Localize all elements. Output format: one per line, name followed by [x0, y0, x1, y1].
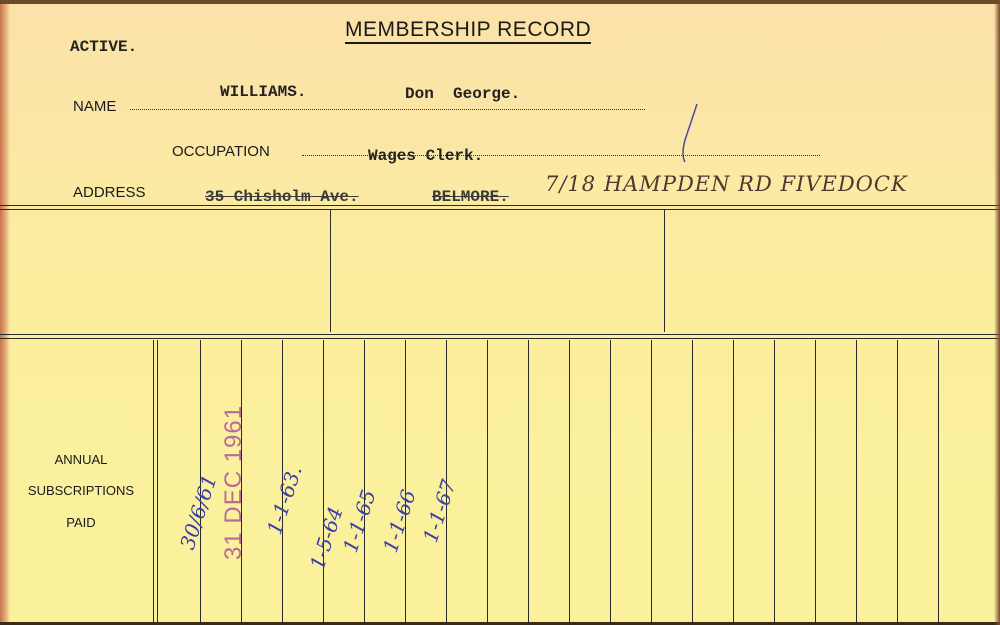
- membership-record-card: MEMBERSHIP RECORD ACTIVE. NAME WILLIAMS.…: [0, 0, 1000, 625]
- rule-upper-1: [0, 205, 1000, 206]
- subscription-entry: 1-1-67: [418, 477, 461, 546]
- subscription-entry: 1-1-66: [378, 487, 421, 556]
- grid-col-line: [938, 340, 939, 625]
- grid-col-line: [856, 340, 857, 625]
- grid-col-line: [405, 340, 406, 625]
- divider-upper-2: [664, 210, 665, 332]
- subscription-stamp: 31 DEC 1961: [220, 405, 248, 560]
- grid-col-line: [692, 340, 693, 625]
- grid-col-line: [651, 340, 652, 625]
- occupation-value: Wages Clerk.: [368, 147, 483, 165]
- grid-col-line: [323, 340, 324, 625]
- occupation-label: OCCUPATION: [172, 143, 270, 160]
- grid-col-line: [364, 340, 365, 625]
- grid-col-line: [528, 340, 529, 625]
- subscriptions-label-paid: PAID: [6, 515, 156, 530]
- address-label: ADDRESS: [73, 184, 146, 201]
- rule-middle-1: [0, 334, 1000, 335]
- status-active: ACTIVE.: [70, 38, 137, 56]
- card-title: MEMBERSHIP RECORD: [345, 19, 591, 44]
- given-names-value: Don George.: [405, 85, 520, 103]
- pen-mark-icon: [675, 100, 705, 170]
- grid-col-line: [897, 340, 898, 625]
- card-top-edge: [0, 0, 1000, 4]
- name-dotted-line: [130, 109, 645, 110]
- rule-middle-2: [0, 338, 1000, 339]
- grid-col-line: [157, 340, 158, 625]
- grid-col-line: [774, 340, 775, 625]
- grid-col-line: [815, 340, 816, 625]
- grid-col-line: [569, 340, 570, 625]
- rule-upper-2: [0, 209, 1000, 210]
- grid-col-line: [610, 340, 611, 625]
- divider-upper-1: [330, 210, 331, 332]
- subscription-entry: 30/6/61: [175, 472, 222, 553]
- name-label: NAME: [73, 98, 116, 115]
- grid-col-line: [733, 340, 734, 625]
- address-original-struck: 35 Chisholm Ave.: [205, 188, 359, 206]
- surname-value: WILLIAMS.: [220, 83, 306, 101]
- subscription-entry: 1-1-63.: [262, 463, 307, 538]
- subscriptions-label-subscriptions: SUBSCRIPTIONS: [6, 483, 156, 498]
- subscriptions-label-annual: ANNUAL: [6, 452, 156, 467]
- grid-col-line: [487, 340, 488, 625]
- address-handwritten: 7/18 HAMPDEN RD FIVEDOCK: [545, 172, 908, 196]
- address-suburb-struck: BELMORE.: [432, 188, 509, 206]
